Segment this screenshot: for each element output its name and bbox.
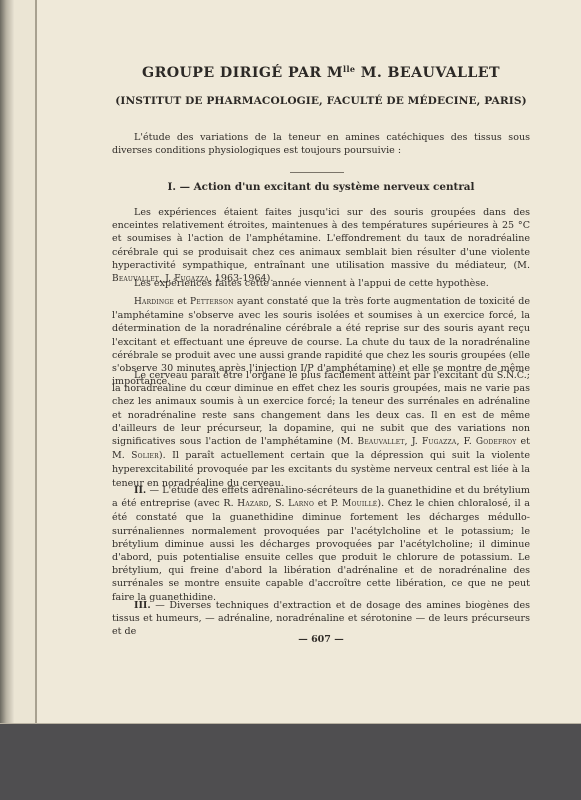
title-suffix: M. BEAUVALLET — [355, 65, 500, 81]
book-edge-strip — [14, 0, 35, 723]
para-text: ). Chez le chien chloralosé, il a été co… — [112, 498, 530, 602]
para-text: et — [174, 296, 190, 307]
scanned-page: GROUPE DIRIGÉ PAR Mlle M. BEAUVALLET (IN… — [0, 0, 581, 724]
gutter-line — [35, 0, 37, 723]
section-2-number: II. — [134, 485, 146, 496]
author-name: Petterson — [190, 297, 234, 307]
author-name: Hardinge — [134, 297, 174, 307]
section-1-paragraph-1: Les expériences étaient faites jusqu'ici… — [112, 206, 530, 286]
section-3-number: III. — [134, 600, 151, 611]
section-1-paragraph-2: Les expériences faites cette année vienn… — [112, 277, 530, 290]
para-text: ). Il paraît actuellement certain que la… — [112, 450, 530, 488]
para-text: , J. — [405, 436, 422, 447]
author-name: Hazard — [237, 499, 268, 509]
title-sup: lle — [343, 64, 355, 74]
author-name: Godefroy — [476, 437, 516, 447]
section-3-paragraph: III. — Diverses techniques d'extraction … — [112, 599, 530, 639]
title-prefix: GROUPE DIRIGÉ PAR M — [142, 65, 343, 81]
para-text: Les expériences faites cette année vienn… — [134, 278, 489, 289]
section-2-paragraph: II. — L'étude des effets adrénalino-sécr… — [112, 484, 530, 604]
divider — [290, 172, 344, 173]
page-title: GROUPE DIRIGÉ PAR Mlle M. BEAUVALLET — [112, 64, 530, 81]
author-name: Fugazza — [422, 437, 457, 447]
section-1-heading: I. — Action d'un excitant du système ner… — [112, 181, 530, 193]
author-name: Solier — [131, 451, 159, 461]
author-name: Mouillé — [342, 499, 377, 509]
section-1-paragraph-4: Le cerveau paraît être l'organe le plus … — [112, 369, 530, 490]
para-text: — Diverses techniques d'extraction et de… — [112, 600, 530, 637]
para-text: Les expériences étaient faites jusqu'ici… — [112, 207, 530, 271]
author-name: Beauvallet — [358, 437, 405, 447]
para-text: , S. — [268, 498, 288, 509]
page-subtitle: (INSTITUT DE PHARMACOLOGIE, FACULTÉ DE M… — [109, 95, 533, 107]
book-edge-shadow — [0, 0, 14, 723]
intro-text: L'étude des variations de la teneur en a… — [112, 132, 530, 156]
para-text: , F. — [456, 436, 475, 447]
para-text: et P. — [314, 498, 342, 509]
author-name: Larno — [288, 499, 314, 509]
page-number: — 607 — — [112, 634, 530, 645]
intro-paragraph: L'étude des variations de la teneur en a… — [112, 131, 530, 157]
scanner-background — [0, 724, 581, 800]
